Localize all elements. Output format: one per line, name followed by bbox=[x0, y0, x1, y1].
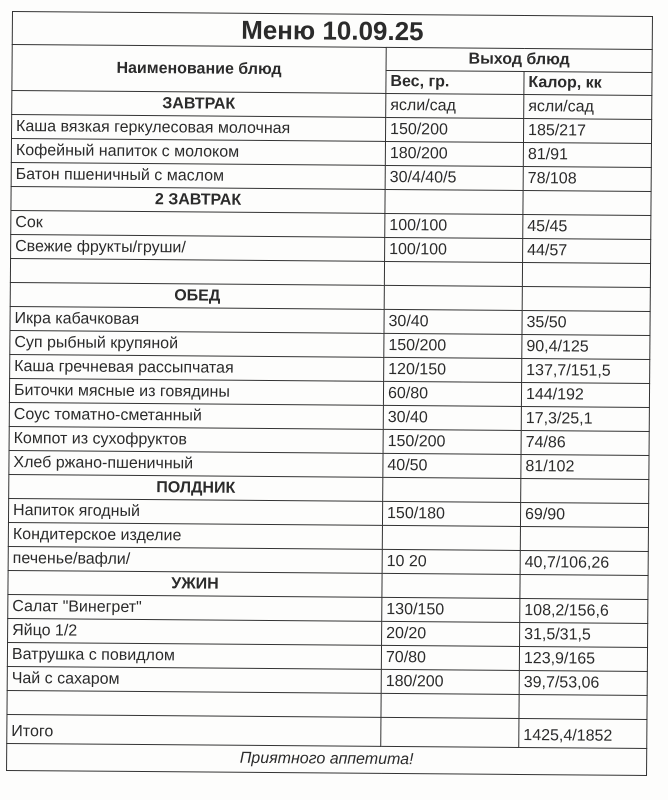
weight-cell: 150/200 bbox=[383, 429, 521, 454]
calories-cell: 123,9/165 bbox=[519, 647, 647, 672]
calories-cell bbox=[520, 575, 648, 600]
weight-cell: 150/200 bbox=[384, 333, 522, 358]
calories-cell: 144/192 bbox=[521, 383, 649, 408]
calories-cell bbox=[520, 527, 648, 552]
dish-name bbox=[10, 258, 384, 285]
calories-cell: 31,5/31,5 bbox=[520, 623, 648, 648]
weight-cell: 120/150 bbox=[384, 357, 522, 382]
weight-cell: 20/20 bbox=[382, 621, 520, 646]
calories-cell: 1425,4/1852 bbox=[519, 719, 647, 749]
footer-row: Приятного аппетита! bbox=[7, 743, 647, 775]
dish-name: Яйцо 1/2 bbox=[8, 618, 382, 645]
dish-name: Свежие фрукты/груши/ bbox=[11, 234, 385, 261]
weight-cell: 30/40 bbox=[384, 309, 522, 334]
section-title: ПОЛДНИК bbox=[9, 474, 383, 501]
weight-cell bbox=[384, 261, 522, 286]
calories-cell: 81/91 bbox=[523, 143, 651, 168]
weight-cell bbox=[382, 573, 520, 598]
calories-cell: 108,2/156,6 bbox=[520, 599, 648, 624]
dish-name: Биточки мясные из говядины bbox=[9, 378, 383, 405]
weight-cell: 100/100 bbox=[385, 213, 523, 238]
weight-cell: 60/80 bbox=[383, 381, 521, 406]
weight-cell: 150/180 bbox=[382, 501, 520, 526]
weight-cell: 10 20 bbox=[382, 549, 520, 574]
dish-name: Кофейный напиток с молоком bbox=[11, 139, 385, 166]
weight-cell: 130/150 bbox=[382, 597, 520, 622]
dish-name: Напиток ягодный bbox=[8, 498, 382, 525]
calories-cell bbox=[522, 287, 650, 312]
dish-name-header: Наименование блюд bbox=[12, 45, 386, 94]
weight-cell bbox=[382, 525, 520, 550]
calories-cell: 39,7/53,06 bbox=[519, 671, 647, 696]
dish-name: Соус томатно-сметанный bbox=[9, 402, 383, 429]
calories-cell: 137,7/151,5 bbox=[522, 359, 650, 384]
calories-cell bbox=[523, 191, 651, 216]
dish-name: Чай с сахаром bbox=[7, 666, 381, 693]
weight-cell: 180/200 bbox=[381, 669, 519, 694]
weight-cell bbox=[383, 477, 521, 502]
dish-name: Икра кабачковая bbox=[10, 306, 384, 333]
weight-cell: 30/40 bbox=[383, 405, 521, 430]
calories-cell bbox=[519, 695, 647, 720]
calories-cell: 17,3/25,1 bbox=[521, 407, 649, 432]
weight-cell bbox=[385, 189, 523, 214]
dish-name: Кондитерское изделие bbox=[8, 522, 382, 549]
dish-name: Каша вязкая геркулесовая молочная bbox=[11, 115, 385, 142]
weight-cell: 150/200 bbox=[385, 117, 523, 142]
weight-cell bbox=[384, 285, 522, 310]
weight-cell: 40/50 bbox=[383, 453, 521, 478]
menu-body: ЗАВТРАКясли/садясли/садКаша вязкая герку… bbox=[7, 91, 652, 749]
weight-cell: 70/80 bbox=[381, 645, 519, 670]
dish-name: Сок bbox=[11, 210, 385, 237]
dish-name: Хлеб ржано-пшеничный bbox=[9, 450, 383, 477]
weight-cell bbox=[381, 693, 519, 718]
calories-cell: 69/90 bbox=[520, 503, 648, 528]
weight-cell: ясли/сад bbox=[386, 93, 524, 118]
dish-name: Ватрушка с повидлом bbox=[7, 642, 381, 669]
calories-cell bbox=[522, 263, 650, 288]
dish-name: Салат "Винегрет" bbox=[8, 594, 382, 621]
calories-cell: 35/50 bbox=[522, 311, 650, 336]
calories-cell: 45/45 bbox=[523, 215, 651, 240]
dish-name: печенье/вафли/ bbox=[8, 546, 382, 573]
output-header: Выход блюд bbox=[386, 47, 652, 72]
section-title: 2 ЗАВТРАК bbox=[11, 186, 385, 213]
calories-cell: 81/102 bbox=[521, 455, 649, 480]
weight-cell bbox=[381, 717, 519, 747]
calories-cell: 185/217 bbox=[523, 119, 651, 144]
section-title: УЖИН bbox=[8, 570, 382, 597]
dish-name: Суп рыбный крупяной bbox=[10, 330, 384, 357]
calories-cell: 78/108 bbox=[523, 167, 651, 192]
menu-sheet: Меню 10.09.25 Наименование блюд Выход бл… bbox=[6, 11, 652, 776]
section-title: ОБЕД bbox=[10, 282, 384, 309]
section-title: ЗАВТРАК bbox=[12, 91, 386, 118]
footer-message: Приятного аппетита! bbox=[7, 743, 647, 775]
calories-cell: 74/86 bbox=[521, 431, 649, 456]
dish-name: Компот из сухофруктов bbox=[9, 426, 383, 453]
weight-cell: 30/4/40/5 bbox=[385, 165, 523, 190]
dish-name bbox=[7, 690, 381, 717]
dish-name: Итого bbox=[7, 714, 381, 746]
calories-cell bbox=[521, 479, 649, 504]
weight-header: Вес, гр. bbox=[386, 70, 524, 94]
weight-cell: 100/100 bbox=[385, 237, 523, 262]
calories-cell: ясли/сад bbox=[524, 95, 652, 120]
calories-cell: 44/57 bbox=[523, 239, 651, 264]
calories-header: Калор, кк bbox=[524, 72, 652, 96]
weight-cell: 180/200 bbox=[385, 141, 523, 166]
header-row: Наименование блюд Выход блюд bbox=[12, 45, 652, 73]
menu-title: Меню 10.09.25 bbox=[12, 12, 652, 50]
calories-cell: 90,4/125 bbox=[522, 335, 650, 360]
menu-table: Меню 10.09.25 Наименование блюд Выход бл… bbox=[6, 11, 653, 776]
title-row: Меню 10.09.25 bbox=[12, 12, 652, 50]
dish-name: Каша гречневая рассыпчатая bbox=[10, 354, 384, 381]
calories-cell: 40,7/106,26 bbox=[520, 551, 648, 576]
dish-name: Батон пшеничный с маслом bbox=[11, 162, 385, 189]
